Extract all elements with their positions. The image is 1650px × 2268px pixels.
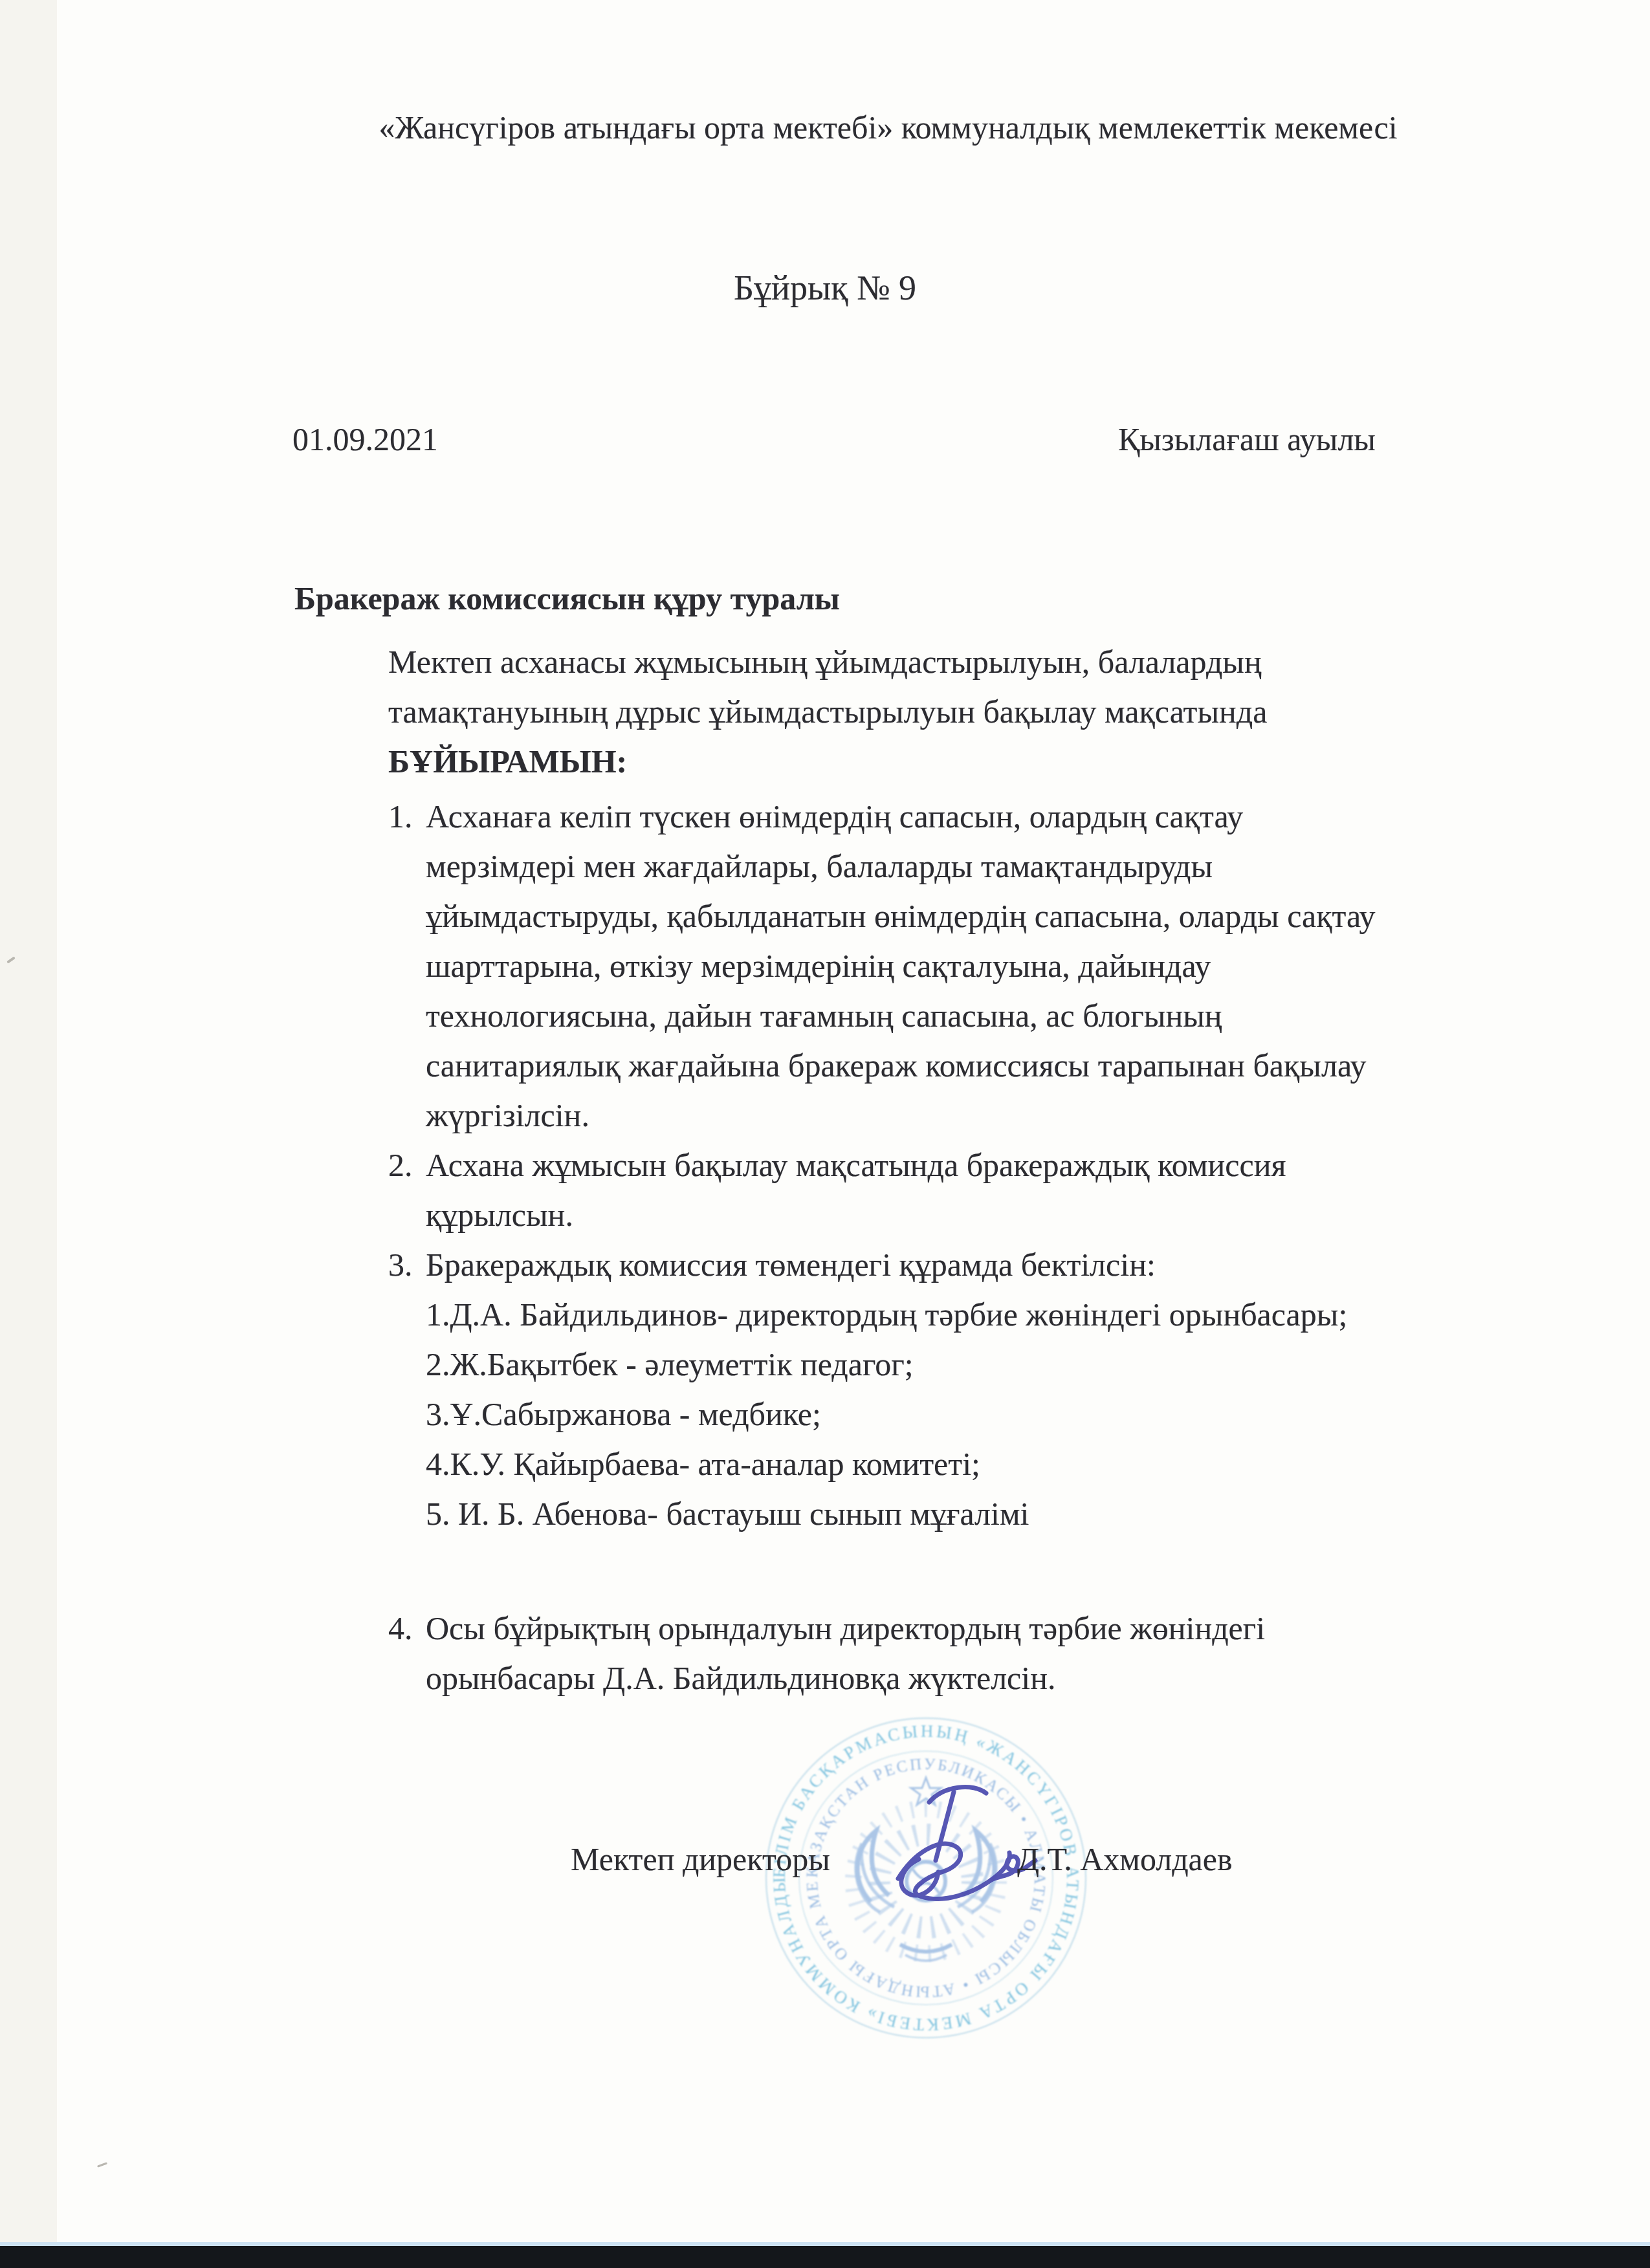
- item-line: жүргізілсін.: [388, 1091, 1488, 1140]
- item-line: Асхана жұмысын бақылау мақсатында бракер…: [388, 1140, 1488, 1190]
- scan-bottom-edge-bar: [0, 2246, 1650, 2268]
- scan-speck: [97, 2162, 107, 2167]
- commission-member: 1.Д.А. Байдильдинов- директордың тәрбие …: [388, 1290, 1488, 1340]
- order-subject: Бракераж комиссиясын құру туралы: [294, 580, 840, 617]
- commission-member: 4.К.У. Қайырбаева- ата-аналар комитеті;: [388, 1439, 1488, 1489]
- item-number: 4.: [388, 1604, 413, 1653]
- commission-member: 3.Ұ.Сабыржанова - медбике;: [388, 1390, 1488, 1439]
- order-item-4: 4. Осы бұйрықтың орындалуын директордың …: [388, 1604, 1488, 1703]
- item-line: ұйымдастыруды, қабылданатын өнімдердің с…: [388, 891, 1488, 941]
- item-line: шарттарына, өткізу мерзімдерінің сақталу…: [388, 941, 1488, 991]
- order-list: 1. Асханаға келіп түскен өнімдердің сапа…: [388, 792, 1488, 1703]
- order-item-2: 2. Асхана жұмысын бақылау мақсатында бра…: [388, 1140, 1488, 1240]
- document-header: «Жансүгіров атындағы орта мектебі» комму…: [291, 109, 1485, 146]
- item-number: 1.: [388, 792, 413, 842]
- signature-name: Д.Т. Ахмолдаев: [1017, 1840, 1233, 1878]
- item-line: Асханаға келіп түскен өнімдердің сапасын…: [388, 792, 1488, 842]
- item-line: құрылсын.: [388, 1190, 1488, 1240]
- signature-role-label: Мектеп директоры: [571, 1840, 830, 1878]
- order-date: 01.09.2021: [292, 420, 438, 458]
- item-line: мерзімдері мен жағдайлары, балаларды там…: [388, 842, 1488, 891]
- order-place: Қызылағаш ауылы: [1118, 420, 1376, 458]
- intro-line: тамақтануының дұрыс ұйымдастырылуын бақы…: [388, 687, 1267, 737]
- item-line: Бракераждық комиссия төмендегі құрамда б…: [388, 1240, 1488, 1290]
- scan-left-shade: [0, 0, 57, 2242]
- commission-member: 5. И. Б. Абенова- бастауыш сынып мұғалім…: [388, 1489, 1488, 1539]
- commission-member: 2.Ж.Бақытбек - әлеуметтік педагог;: [388, 1340, 1488, 1390]
- order-title: Бұйрық № 9: [0, 268, 1650, 308]
- item-line: технологиясына, дайын тағамның сапасына,…: [388, 991, 1488, 1041]
- item-number: 2.: [388, 1140, 413, 1190]
- item-line: Осы бұйрықтың орындалуын директордың тәр…: [388, 1604, 1488, 1653]
- order-item-3: 3. Бракераждық комиссия төмендегі құрамд…: [388, 1240, 1488, 1539]
- item-line: санитариялық жағдайына бракераж комиссия…: [388, 1041, 1488, 1091]
- intro-line: Мектеп асханасы жұмысының ұйымдастырылуы…: [388, 637, 1267, 687]
- order-item-1: 1. Асханаға келіп түскен өнімдердің сапа…: [388, 792, 1488, 1140]
- item-number: 3.: [388, 1240, 413, 1290]
- order-intro: Мектеп асханасы жұмысының ұйымдастырылуы…: [388, 637, 1267, 787]
- resolve-word: БҰЙЫРАМЫН:: [388, 737, 1267, 787]
- scanned-document-page: { "doc": { "header": "«Жансүгіров атында…: [0, 0, 1650, 2268]
